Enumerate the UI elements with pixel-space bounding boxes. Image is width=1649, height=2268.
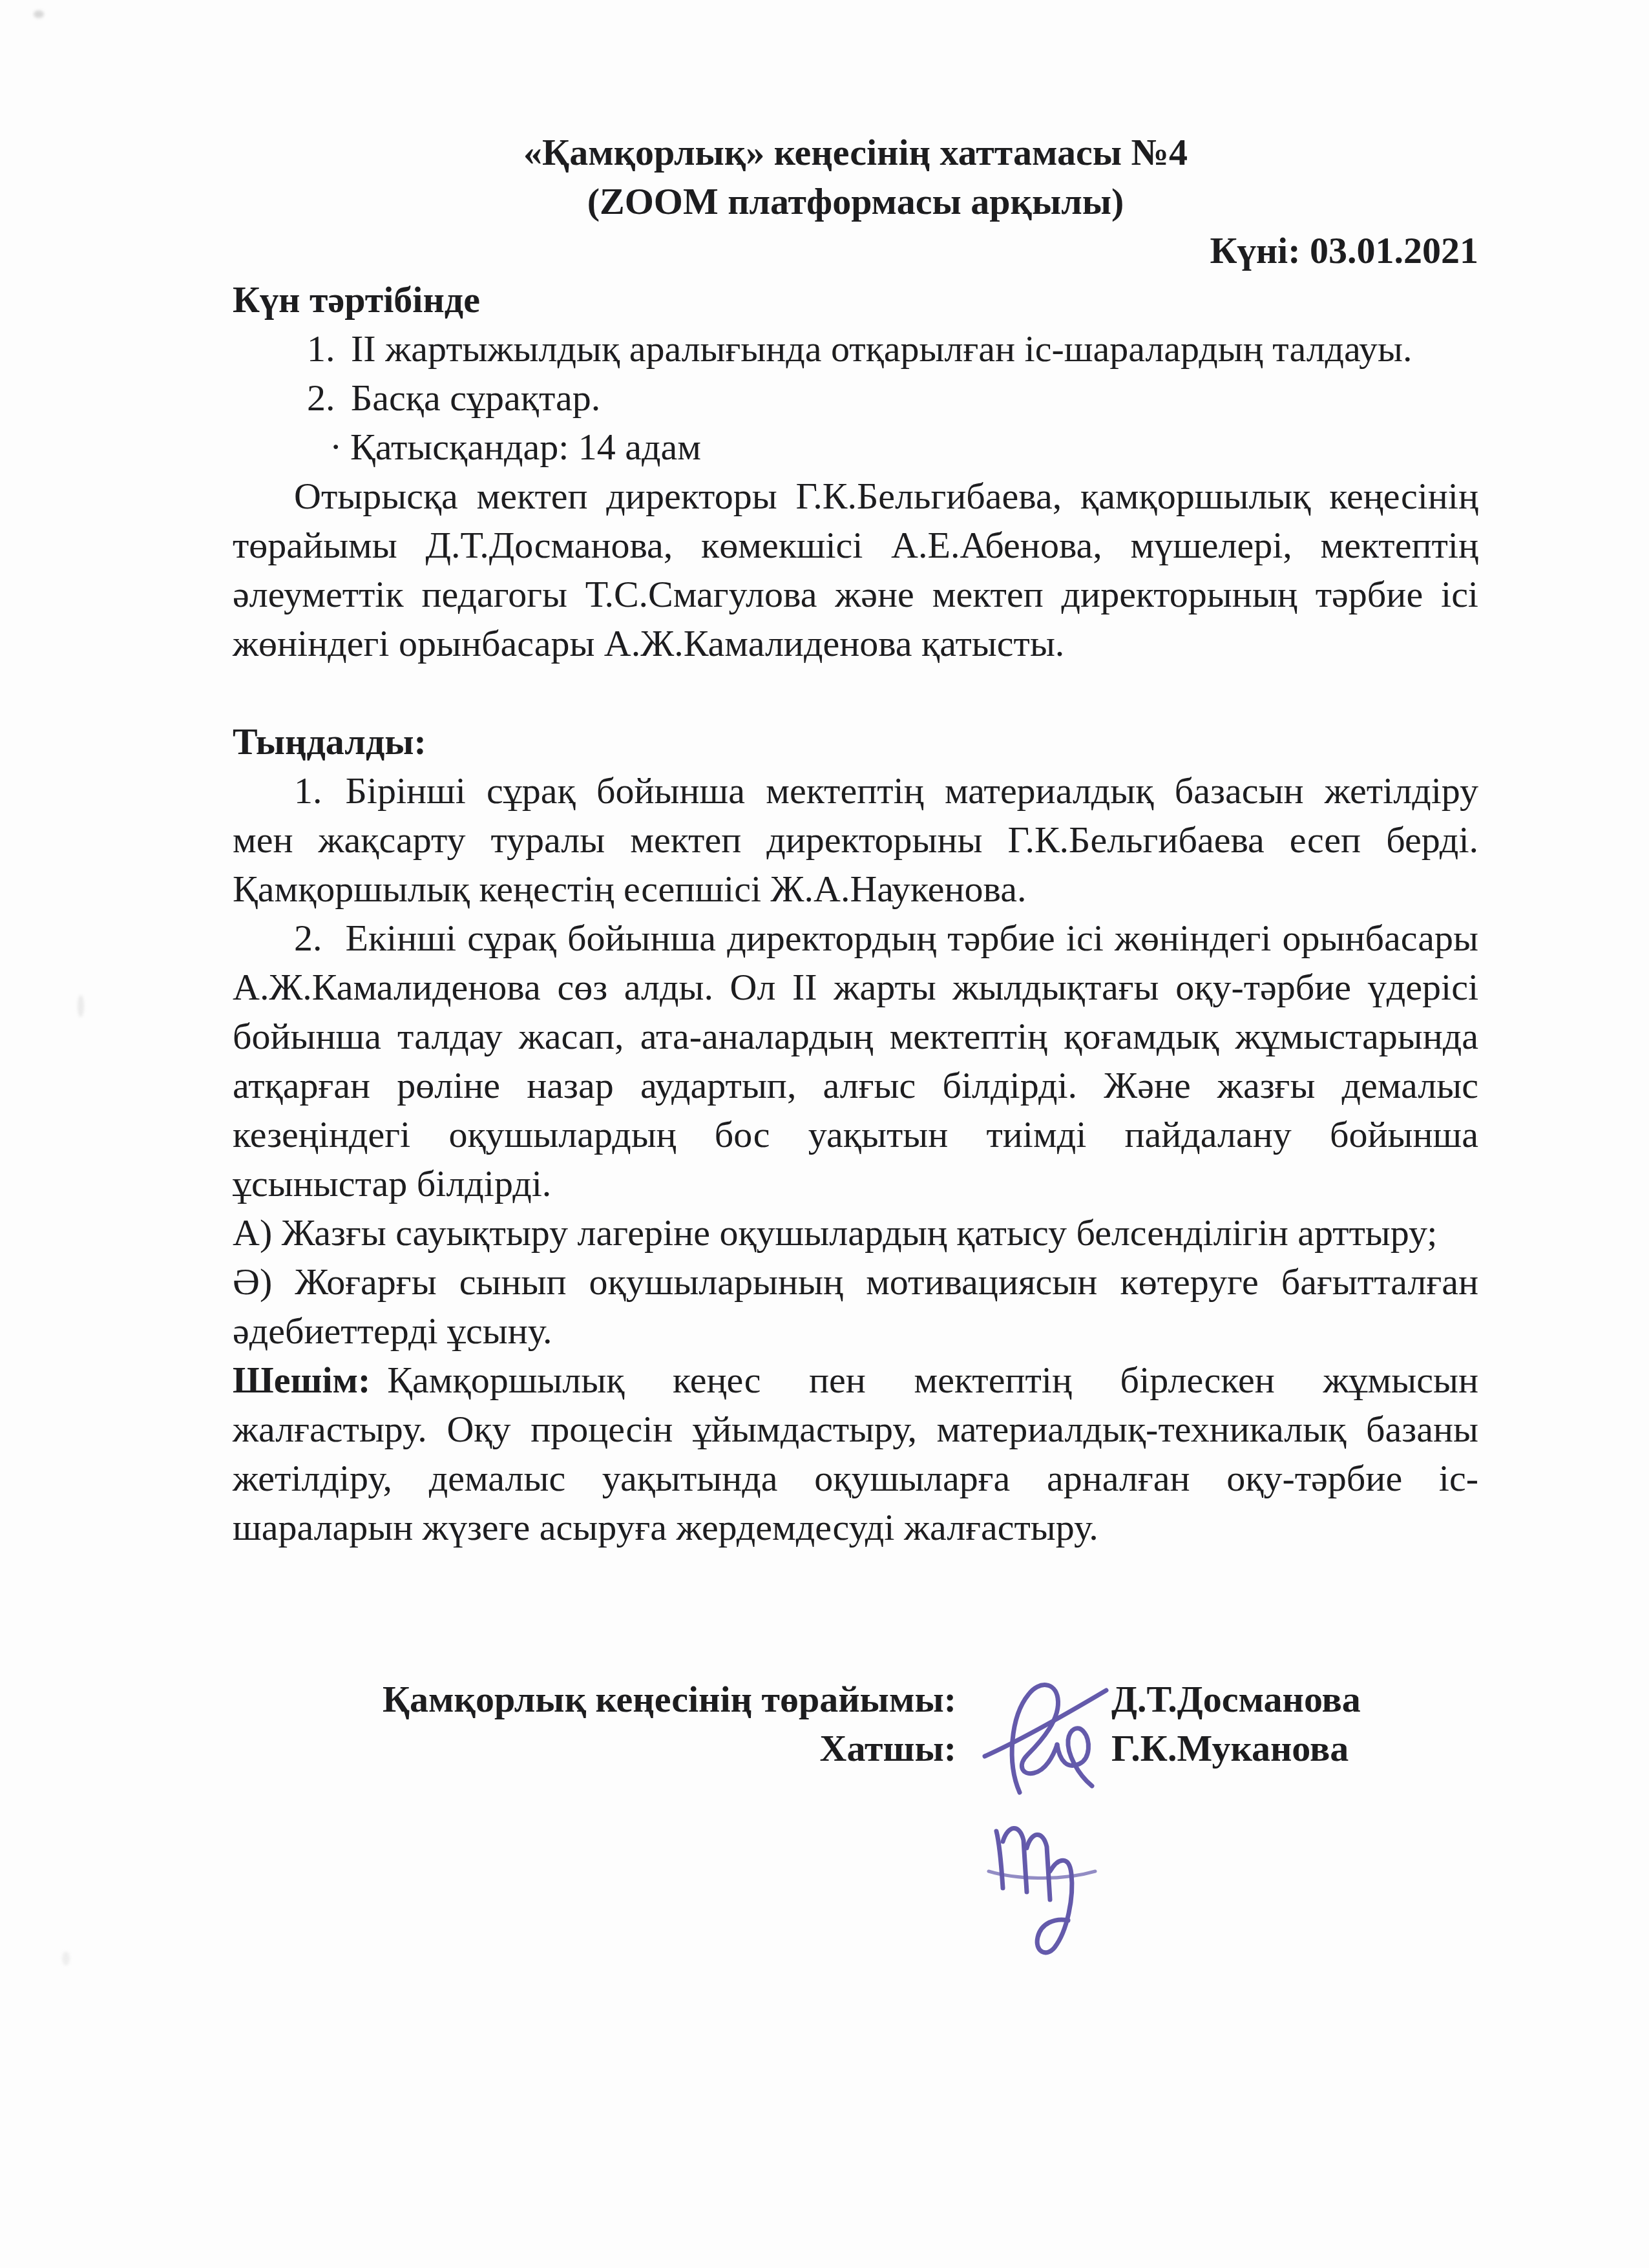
proposal-point-a: А) Жазғы сауықтыру лагеріне оқушылардың … <box>233 1208 1478 1257</box>
bullet-dot-icon: · <box>330 423 350 472</box>
agenda-item-2-text: Басқа сұрақтар. <box>351 377 600 419</box>
decision-label: Шешім: <box>233 1359 387 1401</box>
proposal-point-b: Ә) Жоғарғы сынып оқушыларының мотивацияс… <box>233 1257 1478 1356</box>
decision-text: Қамқоршылық кеңес пен мектептің бірлеске… <box>233 1359 1478 1548</box>
attendance-paragraph: Отырысқа мектеп директоры Г.К.Бельгибаев… <box>233 472 1478 668</box>
signature-ink <box>963 1677 1137 1962</box>
heard-item-2: 2.Екінші сұрақ бойынша директордың тәрби… <box>233 914 1478 1208</box>
secretary-label: Хатшы: <box>233 1724 956 1773</box>
heard-item-1: 1.Бірінші сұрақ бойынша мектептің матери… <box>233 766 1478 914</box>
agenda-item-2-number: 2. <box>307 373 351 423</box>
agenda-item-2: 2.Басқа сұрақтар. <box>307 373 1478 423</box>
secretary-signature-row: Хатшы: Г.К.Муканова <box>233 1724 1478 1773</box>
heard-item-1-text: Бірінші сұрақ бойынша мектептің материал… <box>233 770 1478 910</box>
agenda-item-1-text: ІІ жартыжылдық аралығында отқарылған іс-… <box>351 328 1412 370</box>
heard-item-2-text: Екінші сұрақ бойынша директордың тәрбие … <box>233 917 1478 1204</box>
agenda-item-1-number: 1. <box>307 324 351 373</box>
heard-item-2-number: 2. <box>294 917 346 959</box>
agenda-heading: Күн тәртібінде <box>233 275 1478 324</box>
chair-signature-row: Қамқорлық кеңесінің төрайымы: Д.Т.Досман… <box>233 1675 1478 1724</box>
heard-item-1-number: 1. <box>294 770 346 812</box>
chair-label: Қамқорлық кеңесінің төрайымы: <box>233 1675 956 1724</box>
scanned-protocol-page: «Қамқорлық» кеңесінің хаттамасы №4 (ZOOM… <box>0 0 1649 2268</box>
document-title-line-2: (ZOOM платформасы арқылы) <box>233 177 1478 226</box>
participants-line: ·Қатысқандар: 14 адам <box>330 423 1478 472</box>
scan-speck <box>34 10 44 18</box>
chair-name: Д.Т.Досманова <box>1111 1675 1361 1724</box>
decision-paragraph: Шешім:Қамқоршылық кеңес пен мектептің бі… <box>233 1356 1478 1552</box>
signature-block: Қамқорлық кеңесінің төрайымы: Д.Т.Досман… <box>233 1675 1478 1773</box>
document-date: Күні: 03.01.2021 <box>233 226 1478 275</box>
scan-speck <box>62 1951 70 1966</box>
document-title-line-1: «Қамқорлық» кеңесінің хаттамасы №4 <box>233 128 1478 177</box>
heard-heading: Тыңдалды: <box>233 717 1478 766</box>
participants-text: Қатысқандар: 14 адам <box>350 426 701 468</box>
agenda-item-1: 1.ІІ жартыжылдық аралығында отқарылған і… <box>307 324 1478 373</box>
secretary-name: Г.К.Муканова <box>1111 1724 1349 1773</box>
scan-speck <box>78 995 84 1017</box>
